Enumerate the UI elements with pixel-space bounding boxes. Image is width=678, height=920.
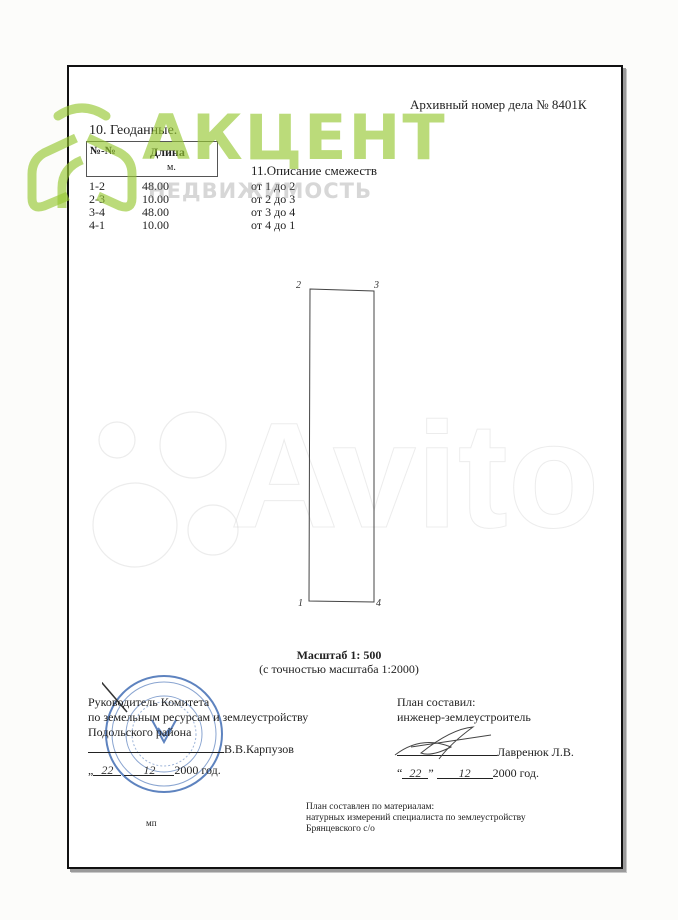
right-signature-line: Лавренюк Л.В. [397,743,574,760]
left-signature-line: В.В.Карпузов [88,740,308,757]
materials-note: План составлен по материалам: натурных и… [306,802,526,835]
point-label-1: 1 [298,598,303,609]
left-date-year: 2000 год. [174,763,220,777]
avito-watermark: Avito [230,400,599,550]
right-date-year: 2000 год. [493,766,539,780]
right-date-line: “22” 122000 год. [397,766,574,781]
akcent-watermark: АКЦЕНТ [142,107,447,169]
right-date-day: 22 [402,766,428,779]
handwritten-signature-icon [391,725,501,761]
left-title-line1: Руководитель Комитета [88,695,308,710]
left-title-line2: по земельным ресурсам и землеустройству [88,710,308,725]
avito-logo-watermark-icon [75,400,255,580]
left-signature-block: Руководитель Комитета по земельным ресур… [88,695,308,778]
akcent-sub-watermark: НЕДВИЖИМОСТЬ [148,179,372,203]
left-date-line: „22 122000 год. [88,763,308,778]
seal-place-label: мп [146,818,157,828]
left-date-month: 12 [124,763,174,776]
scale-main: Масштаб 1: 500 [0,648,678,663]
land-plot-diagram: 2 3 1 4 [290,276,400,616]
point-label-2: 2 [296,280,301,291]
right-date-month: 12 [437,766,493,779]
akcent-logo-watermark-icon [18,98,148,228]
point-label-3: 3 [373,280,379,291]
list-item: от 4 до 1 [251,219,295,232]
left-title-line3: Подольского района [88,725,308,740]
right-signer-name: Лавренюк Л.В. [497,745,574,759]
right-title-line1: План составил: [397,695,574,710]
right-signature-block: План составил: инженер-землеустроитель Л… [397,695,574,781]
right-title-line2: инженер-землеустроитель [397,710,574,725]
left-signer-name: В.В.Карпузов [224,742,294,756]
point-label-4: 4 [376,598,381,609]
left-date-day: 22 [93,763,121,776]
